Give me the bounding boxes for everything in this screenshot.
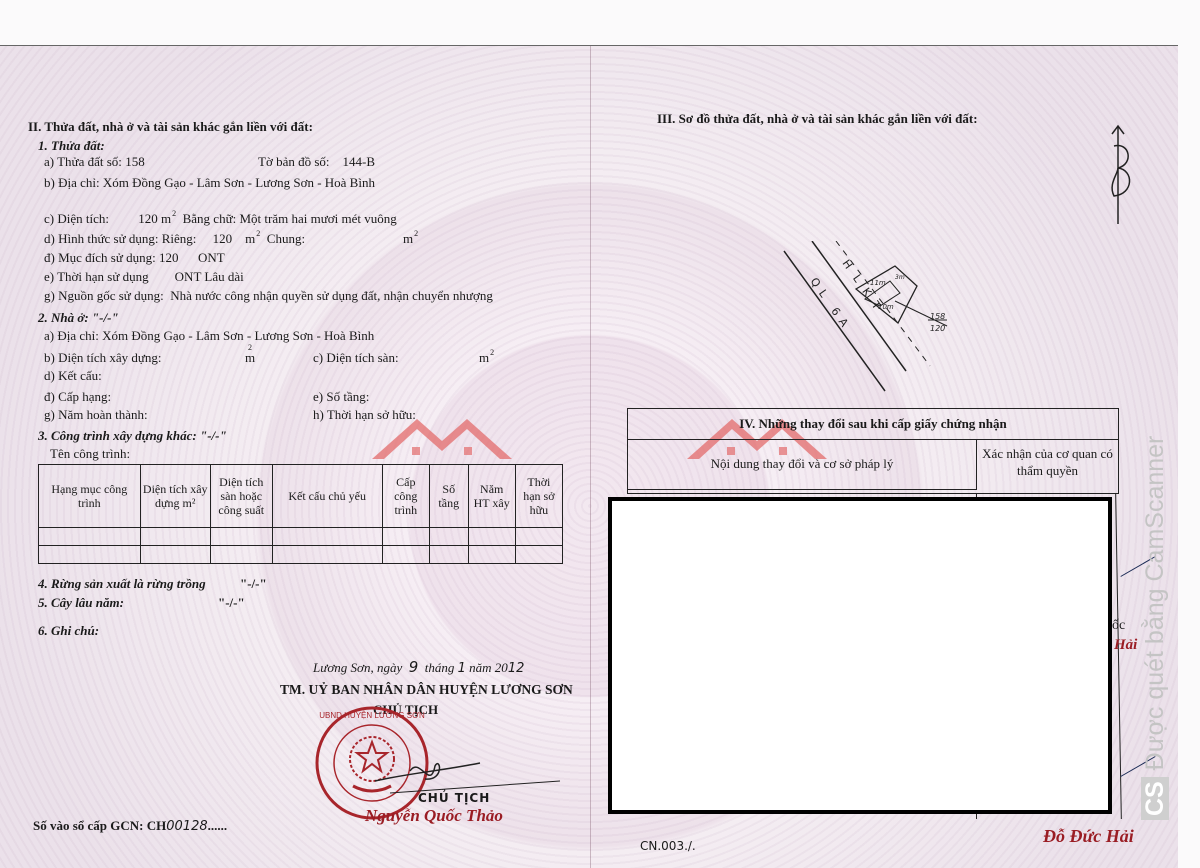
watermark-logo-icon	[372, 411, 512, 461]
changes-col-content: Nội dung thay đổi và cơ sở pháp lý	[628, 439, 977, 490]
page-fold	[590, 46, 591, 868]
house-build-unit-m: m	[245, 350, 255, 365]
svg-text:3m: 3m	[895, 274, 905, 281]
land-heading: 1. Thửa đất:	[38, 138, 105, 153]
changes-col-authority: Xác nhận của cơ quan có thẩm quyền	[977, 445, 1118, 479]
house-heading: 2. Nhà ở: "-/-"	[38, 310, 119, 325]
col-floors: Số tầng	[429, 465, 468, 528]
col-year: Năm HT xây	[468, 465, 515, 528]
camscanner-watermark: CS Được quét bằng CamScanner	[1140, 380, 1170, 820]
forest-label: 4. Rừng sản xuất là rừng trồng	[38, 576, 206, 591]
house-completion-year: g) Năm hoàn thành:	[44, 407, 148, 422]
north-arrow-icon	[1100, 124, 1140, 226]
redaction-box	[608, 497, 1112, 814]
land-number: a) Thửa đất số: 158	[44, 154, 145, 169]
issuing-authority: TM. UỶ BAN NHÂN DÂN HUYỆN LƯƠNG SƠN	[280, 682, 573, 697]
col-item: Hạng mục công trình	[39, 465, 141, 528]
col-term: Thời hạn sở hữu	[515, 465, 562, 528]
house-floors: e) Số tầng:	[313, 389, 369, 404]
perennial-value: "-/-"	[218, 595, 245, 610]
authority-signer: Đỗ Đức Hải	[1043, 829, 1134, 844]
note-label: 6. Ghi chú:	[38, 623, 99, 638]
svg-text:QL 6A: QL 6A	[808, 275, 855, 334]
house-grade: đ) Cấp hạng:	[44, 389, 111, 404]
section-2-title: II. Thửa đất, nhà ở và tài sản khác gắn …	[28, 119, 313, 134]
stamp-title: CHỦ TỊCH	[418, 791, 490, 806]
parcel-diagram: 158 120 11m 10m 3m QL 6A HLKT	[770, 241, 970, 401]
authority-signer-partial: Hải	[1114, 638, 1137, 653]
house-floor-area: c) Diện tích sàn:	[313, 350, 399, 365]
house-address: a) Địa chỉ: Xóm Đồng Gạo - Lâm Sơn - Lươ…	[44, 328, 374, 343]
perennial-label: 5. Cây lâu năm:	[38, 595, 124, 610]
svg-text:UBND HUYỆN LƯƠNG SƠN: UBND HUYỆN LƯƠNG SƠN	[319, 711, 425, 720]
col-grade: Cấp công trình	[382, 465, 429, 528]
table-header-row: Hạng mục công trình Diện tích xây dựng m…	[39, 465, 563, 528]
svg-text:158: 158	[930, 312, 945, 321]
usage-purpose: đ) Mục đích sử dụng: 120 ONT	[44, 250, 225, 265]
usage-origin: g) Nguồn gốc sử dụng: Nhà nước công nhận…	[44, 288, 493, 303]
work-name-label: Tên công trình:	[50, 446, 130, 461]
land-area: c) Diện tích: 120 m2 Bằng chữ: Một trăm …	[44, 211, 397, 228]
col-build-area: Diện tích xây dựng m²	[140, 465, 210, 528]
watermark-text: CS Được quét bằng CamScanner	[1140, 436, 1170, 820]
changes-table: IV. Những thay đổi sau khi cấp giấy chứn…	[627, 408, 1119, 494]
issue-date: Lương Sơn, ngày 9 tháng 1 năm 2012	[313, 660, 524, 676]
footer-code: CN.003./.	[640, 839, 696, 854]
other-works-table: Hạng mục công trình Diện tích xây dựng m…	[38, 464, 563, 564]
col-floor-area: Diện tích sàn hoặc công suất	[210, 465, 272, 528]
forest-value: "-/-"	[240, 576, 267, 591]
authority-title-partial: ốc	[1112, 618, 1125, 633]
registry-number: Số vào sổ cấp GCN: CH00128......	[33, 818, 227, 834]
usage-form: d) Hình thức sử dụng: Riêng: 120 m2 Chun…	[44, 231, 305, 248]
svg-text:120: 120	[930, 324, 945, 333]
land-address: b) Địa chỉ: Xóm Đồng Gạo - Lâm Sơn - Lươ…	[44, 175, 375, 190]
house-floor-unit: m2	[479, 350, 494, 367]
watermark-badge: CS	[1141, 777, 1169, 820]
shared-unit: m2	[403, 231, 418, 248]
house-build-area: b) Diện tích xây dựng:	[44, 350, 162, 365]
section-3-title: III. Sơ đồ thửa đất, nhà ở và tài sản kh…	[657, 111, 978, 126]
usage-term: e) Thời hạn sử dụng ONT Lâu dài	[44, 269, 244, 284]
table-row	[39, 546, 563, 564]
section-4-title: IV. Những thay đổi sau khi cấp giấy chứn…	[628, 409, 1118, 440]
house-structure: d) Kết cấu:	[44, 368, 102, 383]
map-sheet-number: Tờ bản đồ số: 144-B	[258, 154, 375, 169]
table-row	[39, 528, 563, 546]
table-right-border	[1115, 494, 1122, 819]
svg-text:11m: 11m	[870, 279, 886, 287]
col-structure: Kết cấu chủ yếu	[272, 465, 382, 528]
other-works-heading: 3. Công trình xây dựng khác: "-/-"	[38, 428, 227, 443]
signer-name: Nguyễn Quốc Thảo	[365, 808, 503, 823]
